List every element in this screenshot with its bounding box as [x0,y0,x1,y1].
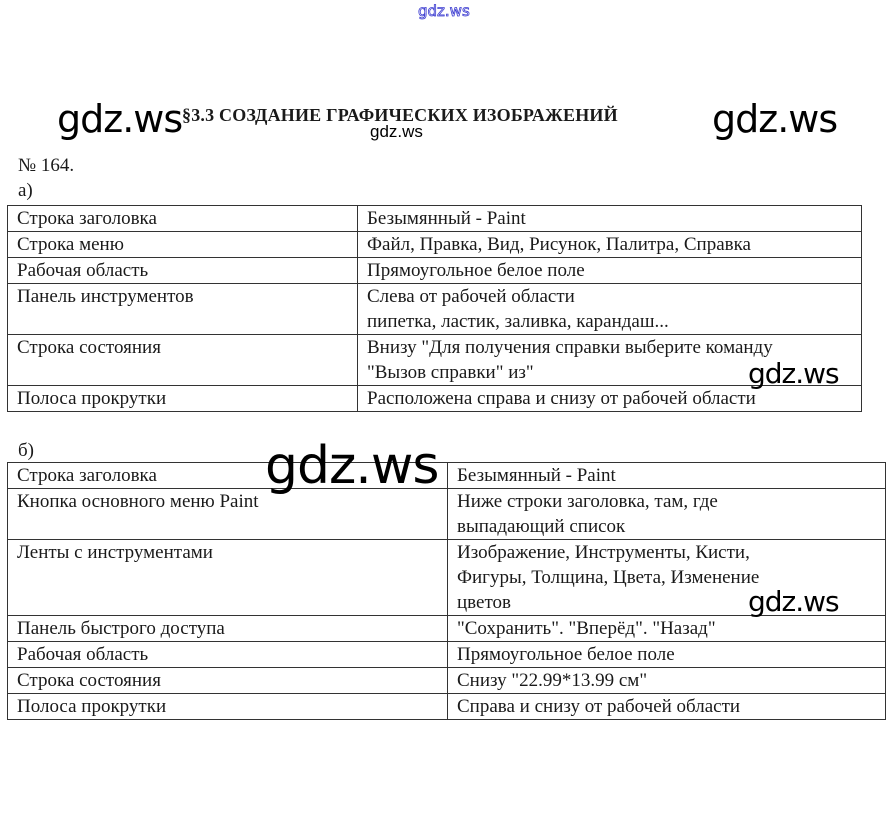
description-line: Файл, Правка, Вид, Рисунок, Палитра, Спр… [367,232,851,257]
table-row: Панель быстрого доступа"Сохранить". "Впе… [8,616,886,642]
row-element-description: Справа и снизу от рабочей области [448,694,886,720]
table-row: Рабочая областьПрямоугольное белое поле [8,258,862,284]
row-element-description: Ниже строки заголовка, там, гдевыпадающи… [448,489,886,540]
description-line: Прямоугольное белое поле [367,258,851,283]
row-element-description: Снизу "22.99*13.99 см" [448,668,886,694]
row-element-name: Строка состояния [8,668,448,694]
table-row: Строка состоянияВнизу "Для получения спр… [8,335,862,386]
row-element-name: Строка состояния [8,335,358,386]
row-element-name: Строка заголовка [8,206,358,232]
table-row: Строка менюФайл, Правка, Вид, Рисунок, П… [8,232,862,258]
row-element-name: Рабочая область [8,258,358,284]
row-element-description: Безымянный - Paint [358,206,862,232]
watermark-left: gdz.ws [57,100,182,138]
row-element-description: Прямоугольное белое поле [358,258,862,284]
watermark-top: gdz.ws [418,2,470,20]
table-row: Полоса прокруткиРасположена справа и сни… [8,386,862,412]
description-line: Изображение, Инструменты, Кисти, [457,540,875,565]
row-element-description: "Сохранить". "Вперёд". "Назад" [448,616,886,642]
description-line: Справа и снизу от рабочей области [457,694,875,719]
row-element-name: Рабочая область [8,642,448,668]
watermark-table-b-right: gdz.ws [748,588,839,616]
row-element-name: Ленты с инструментами [8,540,448,616]
row-element-description: Файл, Правка, Вид, Рисунок, Палитра, Спр… [358,232,862,258]
watermark-table-b-mid: gdz.ws [265,440,438,492]
row-element-name: Панель инструментов [8,284,358,335]
row-element-name: Кнопка основного меню Paint [8,489,448,540]
row-element-name: Панель быстрого доступа [8,616,448,642]
row-element-name: Строка меню [8,232,358,258]
description-line: пипетка, ластик, заливка, карандаш... [367,309,851,334]
description-line: Снизу "22.99*13.99 см" [457,668,875,693]
description-line: "Сохранить". "Вперёд". "Назад" [457,616,875,641]
row-element-description: Безымянный - Paint [448,463,886,489]
table-row: Строка заголовкаБезымянный - Paint [8,206,862,232]
row-element-name: Полоса прокрутки [8,694,448,720]
watermark-right: gdz.ws [712,100,837,138]
part-a-label: а) [18,180,33,202]
table-part-a: Строка заголовкаБезымянный - PaintСтрока… [7,205,862,412]
table-row: Рабочая областьПрямоугольное белое поле [8,642,886,668]
description-line: Прямоугольное белое поле [457,642,875,667]
problem-number: № 164. [18,155,74,177]
table-row: Строка состоянияСнизу "22.99*13.99 см" [8,668,886,694]
description-line: Слева от рабочей области [367,284,851,309]
row-element-description: Слева от рабочей областипипетка, ластик,… [358,284,862,335]
watermark-table-a: gdz.ws [748,360,839,388]
part-b-label: б) [18,440,34,462]
row-element-description: Прямоугольное белое поле [448,642,886,668]
table-row: Полоса прокруткиСправа и снизу от рабоче… [8,694,886,720]
table-row: Кнопка основного меню PaintНиже строки з… [8,489,886,540]
watermark-under-title: gdz.ws [370,122,423,142]
description-line: Безымянный - Paint [457,463,875,488]
description-line: выпадающий список [457,514,875,539]
table-row: Строка заголовкаБезымянный - Paint [8,463,886,489]
table-row: Панель инструментовСлева от рабочей обла… [8,284,862,335]
row-element-name: Полоса прокрутки [8,386,358,412]
description-line: Ниже строки заголовка, там, где [457,489,875,514]
description-line: Безымянный - Paint [367,206,851,231]
